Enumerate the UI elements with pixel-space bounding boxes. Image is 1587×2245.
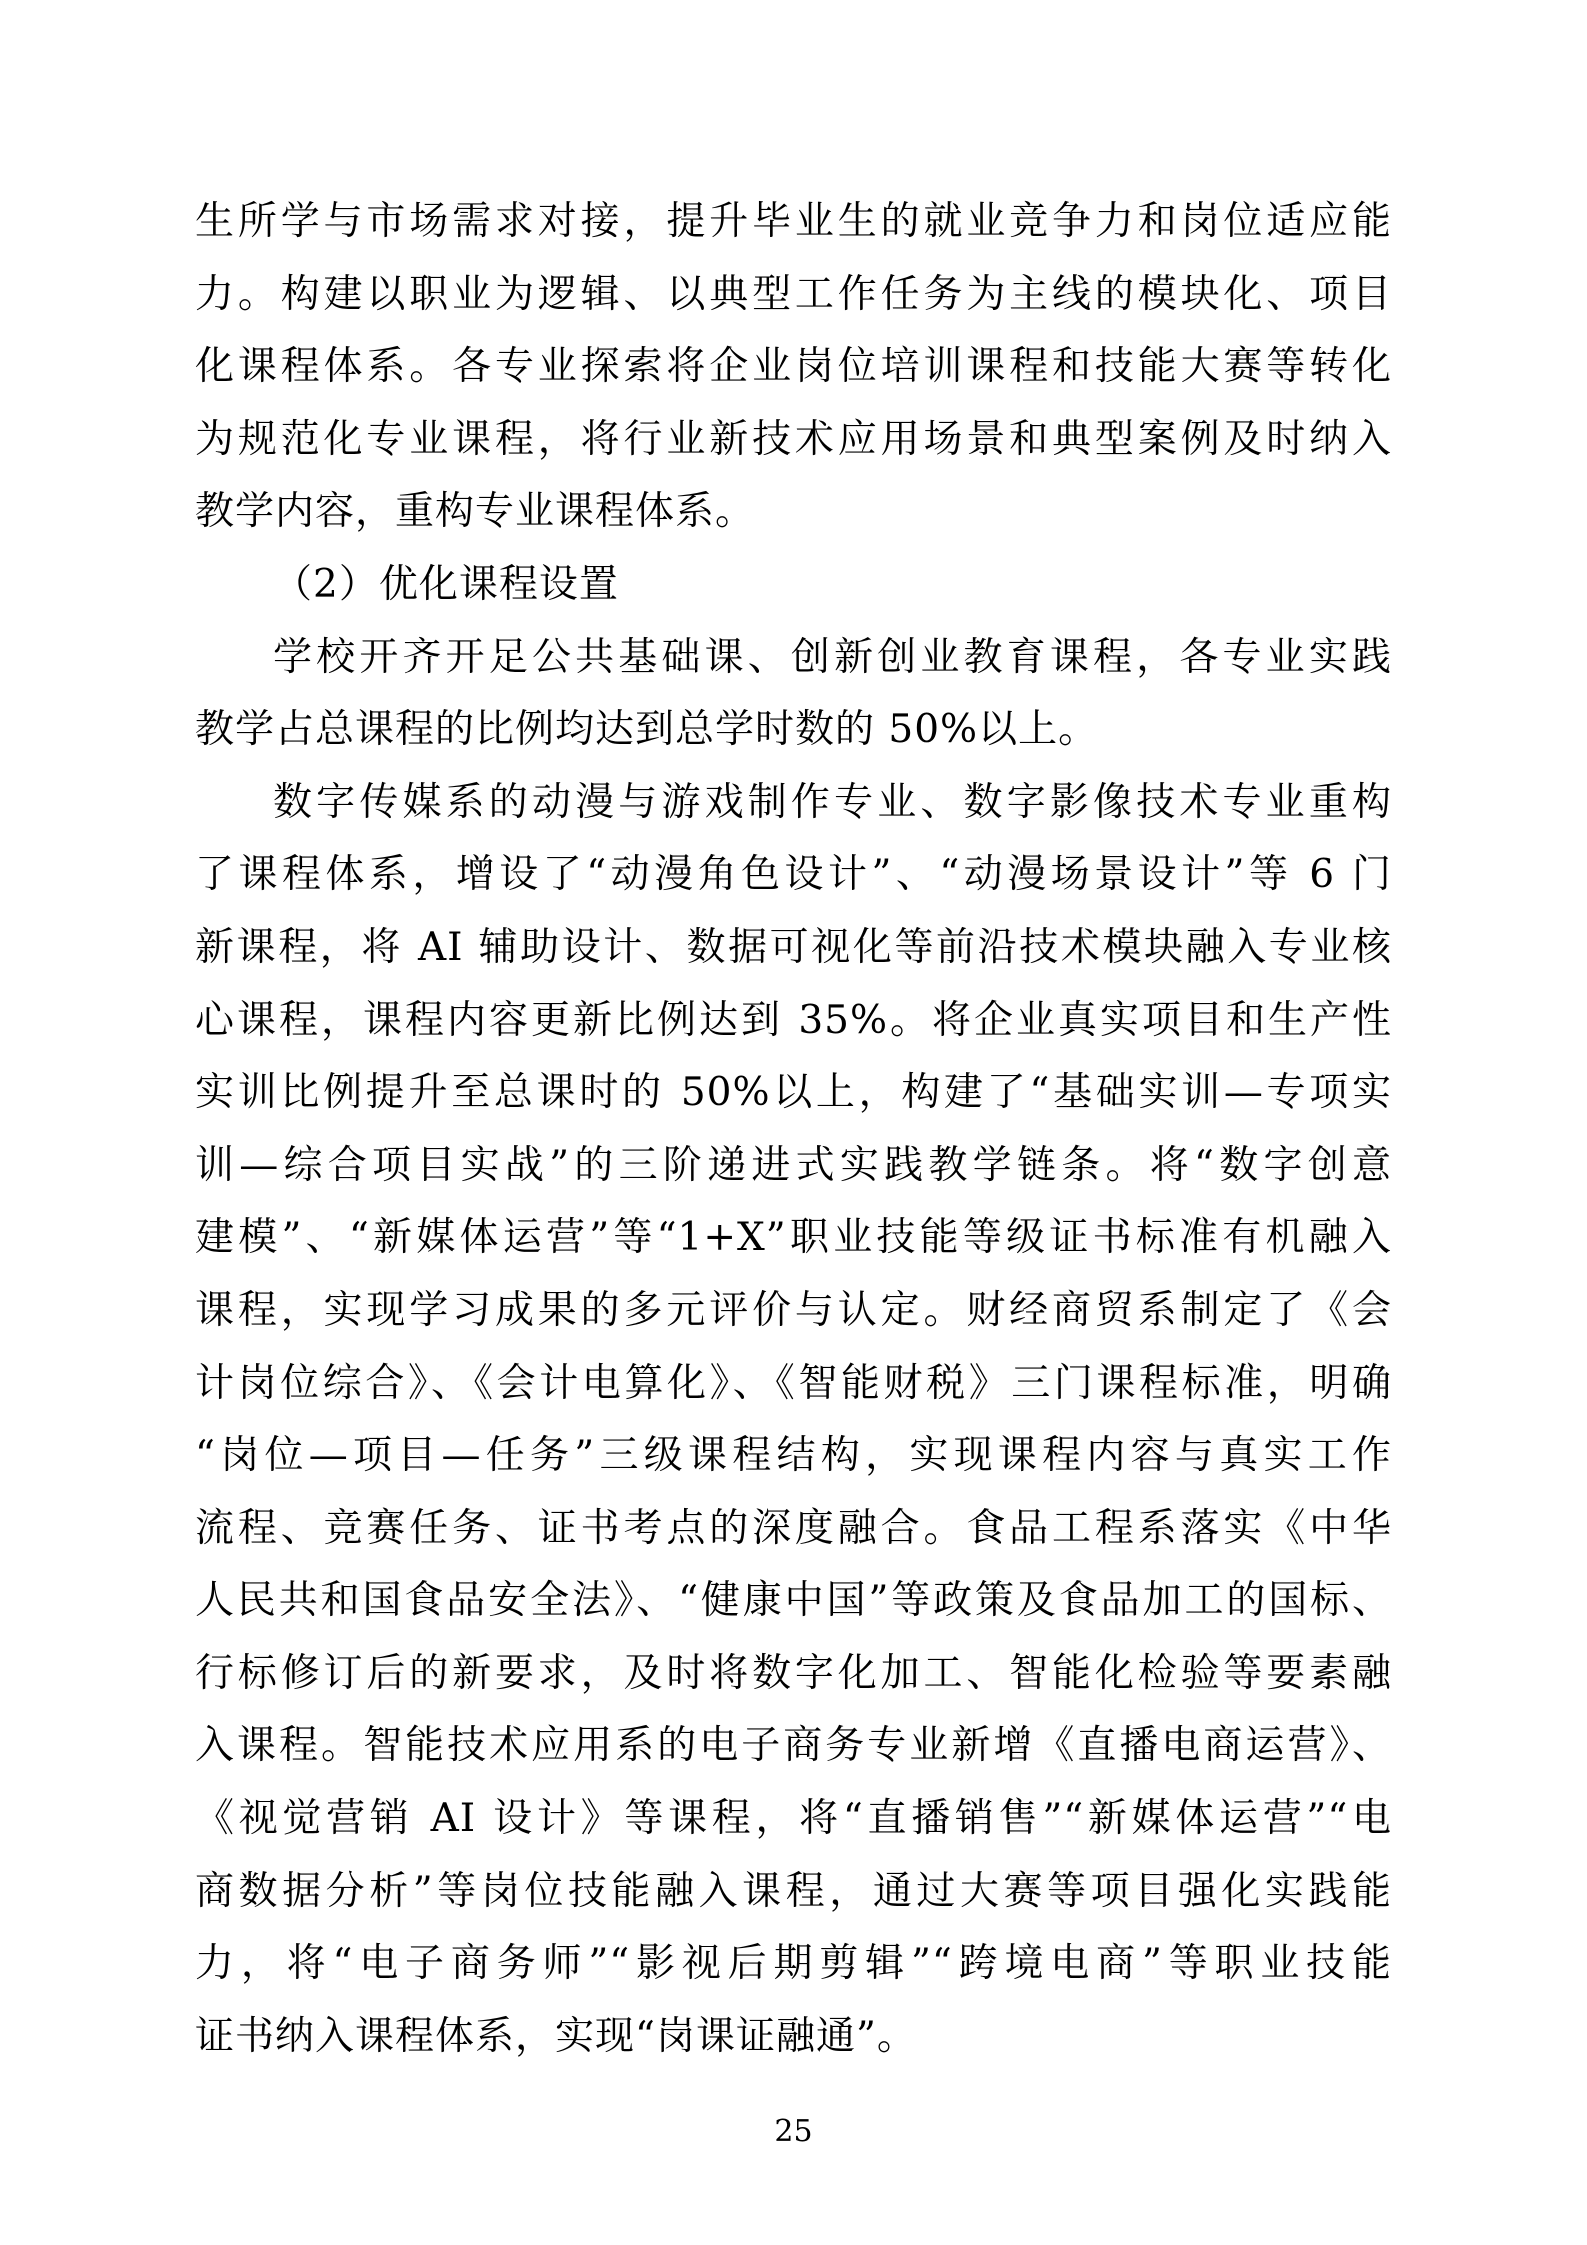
- text-line: 训—综合项目实战”的三阶递进式实践教学链条。将“数字创意: [195, 1130, 1392, 1203]
- text-line: 新课程，将 AI 辅助设计、数据可视化等前沿技术模块融入专业核: [195, 912, 1392, 985]
- text-line: 实训比例提升至总课时的 50%以上，构建了“基础实训—专项实: [195, 1057, 1392, 1130]
- text-line: 商数据分析”等岗位技能融入课程，通过大赛等项目强化实践能: [195, 1856, 1392, 1929]
- text-line: 学校开齐开足公共基础课、创新创业教育课程，各专业实践: [195, 622, 1392, 695]
- text-line: 证书纳入课程体系，实现“岗课证融通”。: [195, 2001, 1392, 2074]
- text-line: 化课程体系。各专业探索将企业岗位培训课程和技能大赛等转化: [195, 331, 1392, 404]
- text-line: 了课程体系，增设了“动漫角色设计”、“动漫场景设计”等 6 门: [195, 839, 1392, 912]
- text-line: 行标修订后的新要求，及时将数字化加工、智能化检验等要素融: [195, 1638, 1392, 1711]
- text-line: 教学内容，重构专业课程体系。: [195, 476, 1392, 549]
- text-block: 生所学与市场需求对接，提升毕业生的就业竞争力和岗位适应能 力。构建以职业为逻辑、…: [195, 186, 1392, 2073]
- text-line: “岗位—项目—任务”三级课程结构，实现课程内容与真实工作: [195, 1420, 1392, 1493]
- text-line: 课程，实现学习成果的多元评价与认定。财经商贸系制定了《会: [195, 1275, 1392, 1348]
- text-line: 流程、竞赛任务、证书考点的深度融合。食品工程系落实《中华: [195, 1493, 1392, 1566]
- text-line: 《视觉营销 AI 设计》等课程，将“直播销售”“新媒体运营”“电: [195, 1783, 1392, 1856]
- text-line: 生所学与市场需求对接，提升毕业生的就业竞争力和岗位适应能: [195, 186, 1392, 259]
- page-number: 25: [0, 2112, 1587, 2152]
- text-line: 数字传媒系的动漫与游戏制作专业、数字影像技术专业重构: [195, 767, 1392, 840]
- text-line: 入课程。智能技术应用系的电子商务专业新增《直播电商运营》、: [195, 1710, 1392, 1783]
- text-line: 建模”、“新媒体运营”等“1+X”职业技能等级证书标准有机融入: [195, 1202, 1392, 1275]
- text-line: 力。构建以职业为逻辑、以典型工作任务为主线的模块化、项目: [195, 259, 1392, 332]
- text-line: 心课程，课程内容更新比例达到 35%。将企业真实项目和生产性: [195, 985, 1392, 1058]
- text-line: 力，将“电子商务师”“影视后期剪辑”“跨境电商”等职业技能: [195, 1928, 1392, 2001]
- section-heading: （2）优化课程设置: [195, 549, 1392, 622]
- text-line: 教学占总课程的比例均达到总学时数的 50%以上。: [195, 694, 1392, 767]
- document-page: 生所学与市场需求对接，提升毕业生的就业竞争力和岗位适应能 力。构建以职业为逻辑、…: [0, 0, 1587, 2245]
- text-line: 计岗位综合》、《会计电算化》、《智能财税》三门课程标准，明确: [195, 1348, 1392, 1421]
- text-line: 人民共和国食品安全法》、“健康中国”等政策及食品加工的国标、: [195, 1565, 1392, 1638]
- text-line: 为规范化专业课程，将行业新技术应用场景和典型案例及时纳入: [195, 404, 1392, 477]
